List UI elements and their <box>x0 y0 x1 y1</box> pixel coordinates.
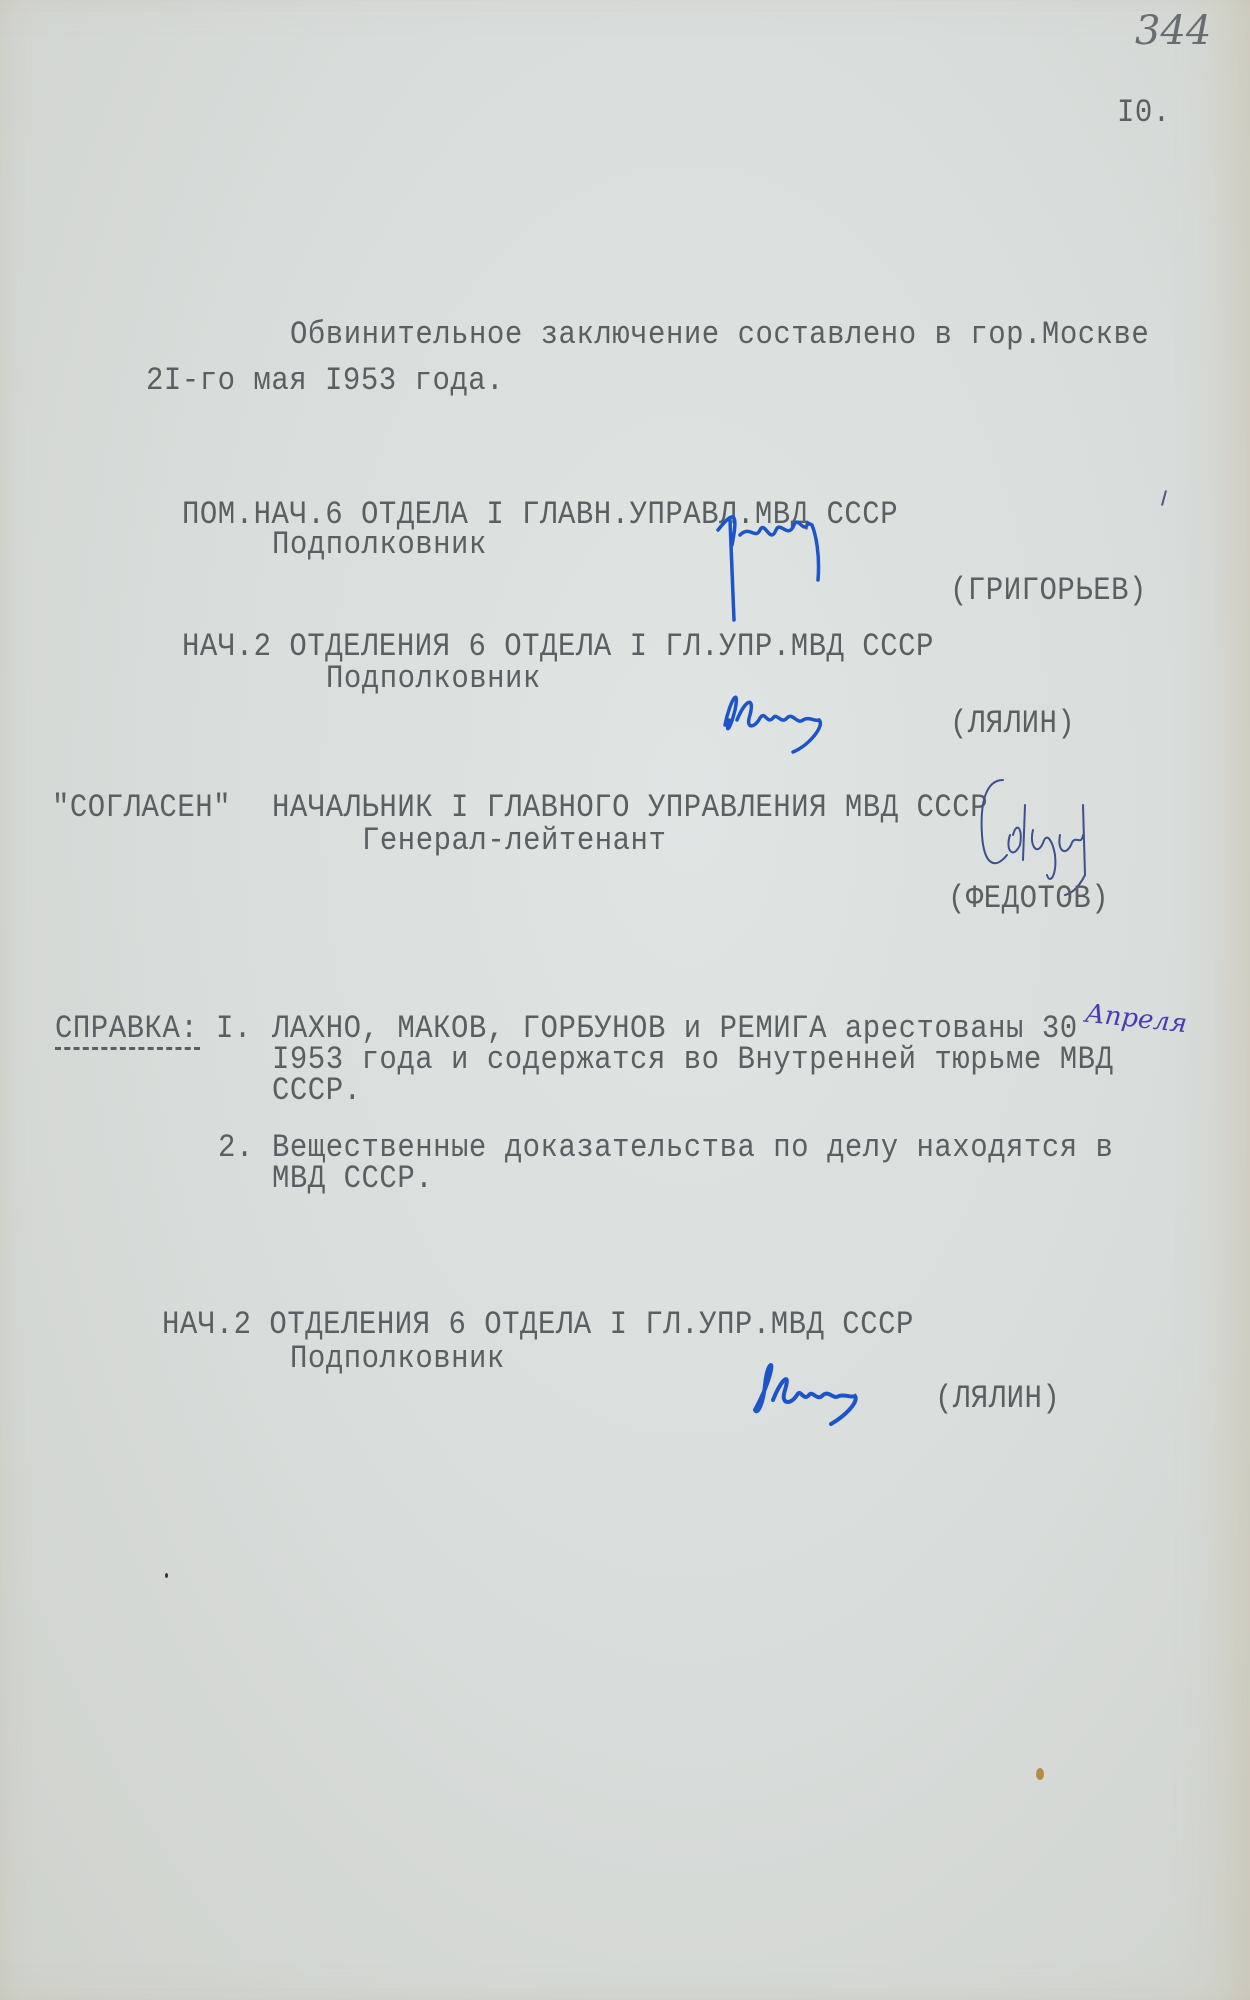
ink-speck <box>165 1573 168 1578</box>
signatory-3-rank: Генерал-лейтенант <box>362 822 666 859</box>
intro-line-1: Обвинительное заключение составлено в го… <box>290 316 1149 353</box>
note-item-1-line-3: СССР. <box>272 1072 362 1109</box>
note-item-1-number: I. <box>216 1010 252 1047</box>
signatory-3-name: (ФЕДОТОВ) <box>948 880 1109 917</box>
signatory-1-rank: Подполковник <box>272 526 487 563</box>
pen-mark <box>1161 490 1167 506</box>
rust-spot <box>1036 1768 1044 1780</box>
document-page: 344 I0. Обвинительное заключение составл… <box>0 0 1250 2000</box>
signatory-2-name: (ЛЯЛИН) <box>950 705 1075 742</box>
signatory-2-title: НАЧ.2 ОТДЕЛЕНИЯ 6 ОТДЕЛА I ГЛ.УПР.МВД СС… <box>182 628 934 665</box>
note-label: СПРАВКА: <box>55 1010 198 1047</box>
signature-lyalin-final-icon <box>745 1350 895 1430</box>
page-number: I0. <box>1117 94 1171 131</box>
final-signatory-title: НАЧ.2 ОТДЕЛЕНИЯ 6 ОТДЕЛА I ГЛ.УПР.МВД СС… <box>162 1306 914 1343</box>
intro-line-2: 2I-го мая I953 года. <box>146 362 504 399</box>
archive-folio-number: 344 <box>1135 8 1211 54</box>
signatory-2-rank: Подполковник <box>326 660 541 697</box>
note-item-2-line-2: МВД СССР. <box>272 1160 433 1197</box>
note-item-2-number: 2. <box>218 1129 254 1166</box>
final-signatory-rank: Подполковник <box>290 1340 505 1377</box>
signatory-3-title: НАЧАЛЬНИК I ГЛАВНОГО УПРАВЛЕНИЯ МВД СССР <box>272 789 988 826</box>
note-item-1-line-2: I953 года и содержатся во Внутренней тюр… <box>272 1041 1113 1078</box>
signatory-1-name: (ГРИГОРЬЕВ) <box>950 572 1147 609</box>
signature-grigoriev-icon <box>710 485 840 625</box>
final-signatory-name: (ЛЯЛИН) <box>935 1380 1060 1417</box>
approval-label: "СОГЛАСЕН" <box>52 789 231 826</box>
note-item-1-handwritten-month: Апреля <box>1084 999 1189 1040</box>
signature-lyalin-icon <box>715 680 855 755</box>
note-label-underline <box>55 1047 200 1050</box>
